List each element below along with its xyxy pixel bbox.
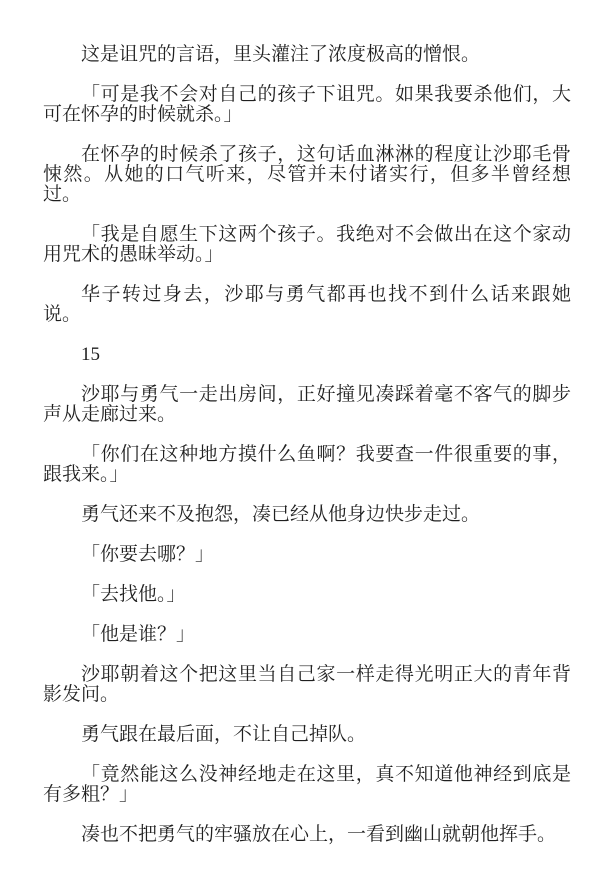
paragraph-narration: 在怀孕的时候杀了孩子，这句话血淋淋的程度让沙耶毛骨悚然。从她的口气听来，尽管并未… (43, 145, 571, 205)
section-number: 15 (43, 345, 571, 365)
paragraph-dialogue: 「我是自愿生下这两个孩子。我绝对不会做出在这个家动用咒术的愚昧举动。」 (43, 225, 571, 265)
paragraph-dialogue: 「你们在这种地方摸什么鱼啊？我要查一件很重要的事，跟我来。」 (43, 445, 571, 485)
paragraph-narration: 华子转过身去，沙耶与勇气都再也找不到什么话来跟她说。 (43, 285, 571, 325)
paragraph-dialogue: 「竟然能这么没神经地走在这里，真不知道他神经到底是有多粗？」 (43, 765, 571, 805)
paragraph-dialogue: 「可是我不会对自己的孩子下诅咒。如果我要杀他们，大可在怀孕的时候就杀。」 (43, 85, 571, 125)
paragraph-dialogue: 「你要去哪？」 (43, 545, 571, 565)
paragraph-narration: 这是诅咒的言语，里头灌注了浓度极高的憎恨。 (43, 45, 571, 65)
paragraph-dialogue: 「去找他。」 (43, 585, 571, 605)
paragraph-narration: 沙耶与勇气一走出房间，正好撞见凑踩着毫不客气的脚步声从走廊过来。 (43, 385, 571, 425)
paragraph-dialogue: 「他是谁？」 (43, 625, 571, 645)
paragraph-narration: 勇气跟在最后面，不让自己掉队。 (43, 725, 571, 745)
paragraph-narration: 勇气还来不及抱怨，凑已经从他身边快步走过。 (43, 505, 571, 525)
paragraph-narration: 凑也不把勇气的牢骚放在心上，一看到幽山就朝他挥手。 (43, 825, 571, 845)
book-page: 这是诅咒的言语，里头灌注了浓度极高的憎恨。 「可是我不会对自己的孩子下诅咒。如果… (0, 0, 613, 869)
paragraph-narration: 沙耶朝着这个把这里当自己家一样走得光明正大的青年背影发问。 (43, 665, 571, 705)
